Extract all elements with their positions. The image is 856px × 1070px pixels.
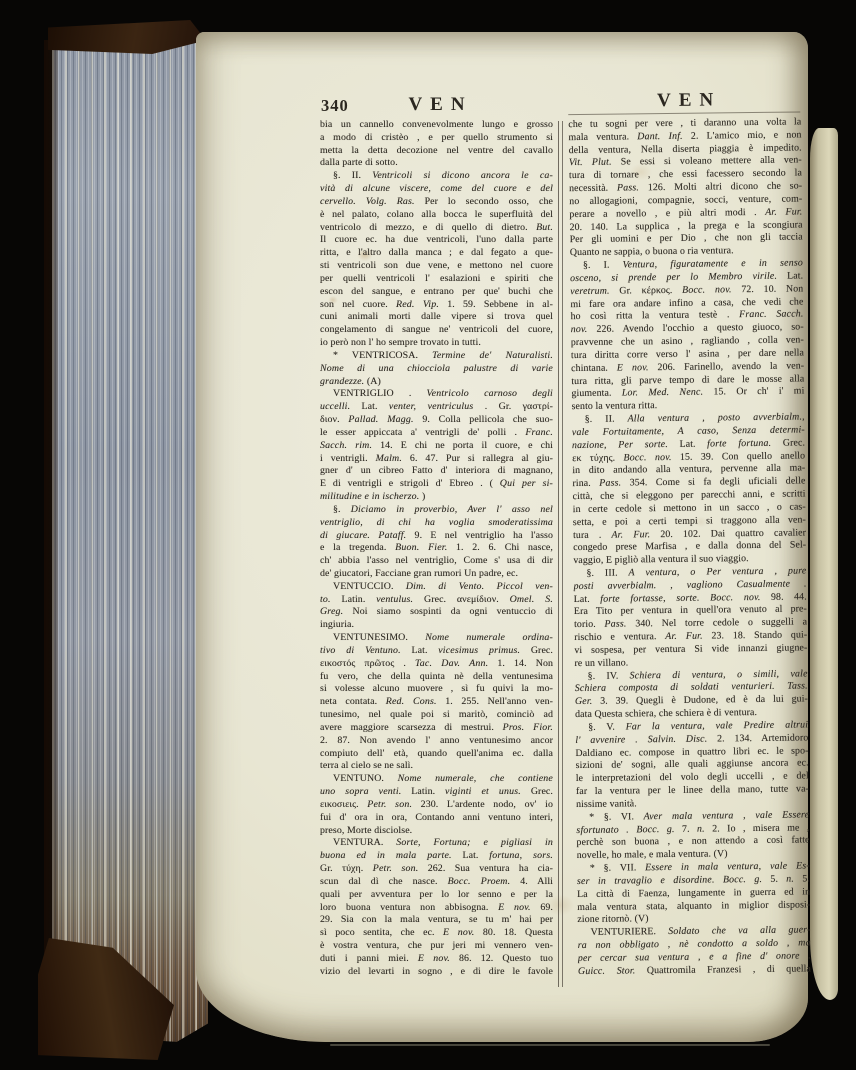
- text-line: to. Latin. ventulus. Grec. ανεμίδιον. Om…: [320, 594, 553, 607]
- text-line: VENTUNESIMO. Nome numerale ordina-: [320, 632, 553, 645]
- text-line: de' giucatori, Facciane gran rumori Un p…: [320, 568, 553, 581]
- text-line: VENTURA. Sorte, Fortuna; e pigliasi in: [320, 837, 553, 850]
- text-line: Nome di una chiocciola palustre di varie: [320, 363, 553, 376]
- running-head-right: VEN: [568, 88, 802, 113]
- text-line: ch' abbia l'asso nel ventriglio, Come s'…: [320, 555, 553, 568]
- text-line: Ger. 3. 39. Quegli è Dudone, ed è da lui…: [575, 694, 808, 709]
- text-line: ventriglio, di chi ha voglia smoderatiss…: [320, 517, 553, 530]
- text-line: si volesse alcuno muovere , sì fu quivi …: [320, 683, 553, 696]
- text-line: fu vero, che della quinta nè della ventu…: [320, 671, 553, 684]
- text-line: quali per avventura per lo lor senno e p…: [320, 889, 553, 902]
- running-head-left: VEN: [320, 94, 553, 116]
- text-line: vità di alcune viscere, come del cuore e…: [320, 183, 553, 196]
- next-page-edge: [810, 128, 838, 1000]
- text-line: cuni animali morti dalle vipere si trova…: [320, 311, 553, 324]
- text-line: Gr. τύχη. Petr. son. 262. Sua ventura ha…: [320, 863, 553, 876]
- text-line: vizio del levarti in sogno , e di dire l…: [320, 966, 553, 979]
- text-line: dalla parte di sotto.: [320, 157, 553, 170]
- text-line: uccelli. Lat. venter, ventriculus . Gr. …: [320, 401, 553, 414]
- text-line: ingiuria.: [320, 619, 553, 632]
- text-line: militudine e in ischerzo. ): [320, 491, 553, 504]
- text-line: son nel cuore. Red. Vip. 1. 59. Sebbene …: [320, 299, 553, 312]
- text-line: Il cuore ec. ha due ventricoli, l'uno da…: [320, 234, 553, 247]
- book-cover-spine-edge: [44, 40, 58, 1000]
- text-line: διον. Pallad. Magg. 9. Colla pellicola c…: [320, 414, 553, 427]
- text-line: 2. 87. Non avendo l' anno ventunesimo an…: [320, 735, 553, 748]
- text-line: εικοσιεις. Petr. son. 230. L'ardente nod…: [320, 799, 553, 812]
- text-line: a modo di cristèo , e per quello strumen…: [320, 132, 553, 145]
- text-line: loro buona ventura non abbisogna. E nov.…: [320, 902, 553, 915]
- text-line: sì poco sentita, che ec. E nov. 80. 18. …: [320, 927, 553, 940]
- column-left: bia un cannello convenevolmente lungo e …: [320, 119, 553, 978]
- column-divider: [558, 121, 563, 987]
- scanned-book-photo: { "colors": { "paper": "#e8e6d3", "ink":…: [0, 0, 856, 1070]
- column-right: che tu sogni per vere , ti daranno una v…: [568, 116, 811, 978]
- page-number: 340: [321, 96, 349, 116]
- text-line: Guicc. Stor. Quattromila Franzesi , di q…: [578, 963, 811, 978]
- text-line: fui d' ora in ora, Contando anni ventuno…: [320, 812, 553, 825]
- text-line: i ventrigli. Malm. 6. 47. Pur si rallegr…: [320, 453, 553, 466]
- text-line: VENTUCCIO. Dim. di Vento. Piccol ven-: [320, 581, 553, 594]
- text-line: è nel palato, colano alla bocca le super…: [320, 209, 553, 222]
- text-line: di giucare. Pataff. 9. E nel ventriglio …: [320, 530, 553, 543]
- right-column-block: VEN che tu sogni per vere , ti daranno u…: [568, 88, 802, 113]
- under-page-edge: [330, 1044, 770, 1046]
- text-line: gner d' un cibreo Fatto d' interiora di …: [320, 465, 553, 478]
- text-line: vi sospesa, per ventura Si vide innanzi …: [574, 642, 807, 657]
- text-line: sti ventricoli son due vene, e mettono n…: [320, 260, 553, 273]
- text-line: grandezze. (A): [320, 376, 553, 389]
- text-line: tivo di Ventuno. Lat. vicesimus primus. …: [320, 645, 553, 658]
- text-line: avere maggiore scarsezza di mestrui. Pro…: [320, 722, 553, 735]
- text-line: E di ventrigli e strigoli d' Ebreo . ( Q…: [320, 478, 553, 491]
- text-line: εικοστός πρῶτος . Tac. Dav. Ann. 1. 14. …: [320, 658, 553, 671]
- text-line: VENTUNO. Nome numerale, che contiene: [320, 773, 553, 786]
- text-line: buona ed in mala parte. Lat. fortuna, so…: [320, 850, 553, 863]
- text-line: Sacch. rim. 14. E chi ne porta il cuore,…: [320, 440, 553, 453]
- text-line: duti i panni miei. E nov. 86. 12. Questo…: [320, 953, 553, 966]
- text-line: preso, Morte disciolse.: [320, 825, 553, 838]
- text-line: ventricolo di mezzo, e di quello di diet…: [320, 222, 553, 235]
- text-line: per quelli ventricoli l' esalazioni e sp…: [320, 273, 553, 286]
- text-line: metta la detta decozione nel ventre del …: [320, 145, 553, 158]
- text-line: §. II. Ventricoli si dicono ancora le ca…: [320, 170, 553, 183]
- page-stack-edges: [52, 26, 208, 1048]
- text-line: terra al cielo se ne salì.: [320, 760, 553, 773]
- text-line: congelamento di sangue ne' ventricoli de…: [320, 324, 553, 337]
- text-line: compiuto dell' età, quando quell'anima e…: [320, 748, 553, 761]
- text-line: tunesimo, nel quale poi si maritò, comin…: [320, 709, 553, 722]
- text-line: * VENTRICOSA. Termine de' Naturalisti.: [320, 350, 553, 363]
- text-line: 29. Sia con la mala ventura, se tu m' ha…: [320, 914, 553, 927]
- text-line: VENTRIGLIO . Ventricolo carnoso degli: [320, 388, 553, 401]
- text-line: ritta, e l'altro dalla manca ; e dal feg…: [320, 247, 553, 260]
- text-line: §. Diciamo in proverbio, Aver l' asso ne…: [320, 504, 553, 517]
- text-line: scun dal dì che nasce. Bocc. Proem. 4. A…: [320, 876, 553, 889]
- text-line: cervello. Volg. Ras. Per lo secondo osso…: [320, 196, 553, 209]
- text-line: è vostra ventura, che pur jeri mi venner…: [320, 940, 553, 953]
- text-line: Greg. Noi siamo sospinti da ogni ventucc…: [320, 606, 553, 619]
- text-line: le esser appiccata a' ventrigli de' poll…: [320, 427, 553, 440]
- left-column-block: 340 VEN bia un cannello convenevolmente …: [320, 94, 553, 116]
- text-line: io però non l' ho sempre trovato in tutt…: [320, 337, 553, 350]
- text-line: bia un cannello convenevolmente lungo e …: [320, 119, 553, 132]
- text-line: far la ventura per le linee della mano, …: [576, 783, 809, 798]
- text-line: neta contata. Red. Cons. 1. 255. Nell'an…: [320, 696, 553, 709]
- text-line: escon del sangue, e entrano per que' buc…: [320, 286, 553, 299]
- text-line: uno sopra venti. Latin. viginti et unus.…: [320, 786, 553, 799]
- text-line: e la tregenda. Buon. Fier. 1. 2. 6. Chi …: [320, 542, 553, 555]
